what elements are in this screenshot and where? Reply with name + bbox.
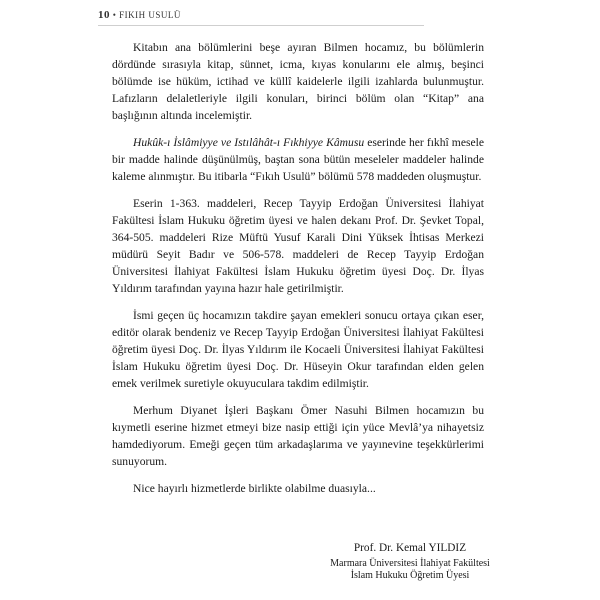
body-text: Kitabın ana bölümlerini beşe ayıran Bilm…: [112, 39, 484, 507]
paragraph-4: İsmi geçen üç hocamızın takdire şayan em…: [112, 307, 484, 392]
page-number: 10: [98, 9, 110, 21]
paragraph-1: Kitabın ana bölümlerini beşe ayıran Bilm…: [112, 39, 484, 124]
signature-affiliation-2: İslam Hukuku Öğretim Üyesi: [300, 570, 520, 582]
book-title-italic: Hukûk-ı İslâmiyye ve Istılâhât-ı Fıkhiyy…: [133, 136, 364, 149]
running-title: FIKIH USULÜ: [119, 10, 181, 20]
paragraph-5: Merhum Diyanet İşleri Başkanı Ömer Nasuh…: [112, 402, 484, 470]
header-separator: •: [113, 10, 117, 20]
paragraph-2: Hukûk-ı İslâmiyye ve Istılâhât-ı Fıkhiyy…: [112, 134, 484, 185]
signature-name: Prof. Dr. Kemal YILDIZ: [300, 541, 520, 555]
signature-block: Prof. Dr. Kemal YILDIZ Marmara Üniversit…: [300, 541, 520, 582]
paragraph-3: Eserin 1-363. maddeleri, Recep Tayyip Er…: [112, 195, 484, 297]
paragraph-6: Nice hayırlı hizmetlerde birlikte olabil…: [112, 480, 484, 497]
signature-affiliation-1: Marmara Üniversitesi İlahiyat Fakültesi: [300, 558, 520, 570]
running-header: 10 • FIKIH USULÜ: [98, 9, 424, 26]
